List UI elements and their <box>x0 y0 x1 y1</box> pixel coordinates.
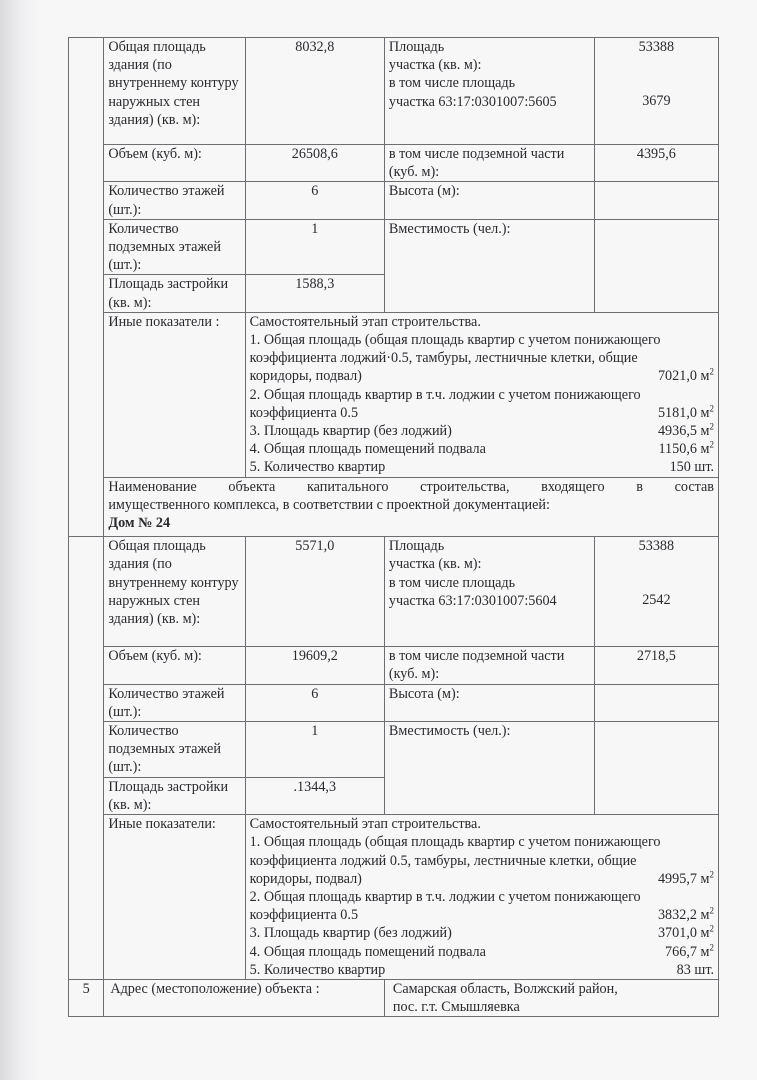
total-area-value: 8032,8 <box>245 38 384 145</box>
other-item-1: 1. Общая площадь (общая площадь квартир … <box>250 833 714 869</box>
volume-value: 26508,6 <box>245 145 384 182</box>
other-item-5-line: 5. Количество квартир83 шт. <box>250 961 714 979</box>
other-item-4-line: 4. Общая площадь помещений подвала766,7 … <box>250 943 714 961</box>
address-label: Адрес (местоположение) объекта : <box>104 979 385 1016</box>
other-item-1-value: 4995,7 м2 <box>658 870 714 888</box>
other-item-2: 2. Общая площадь квартир в т.ч. лоджии с… <box>250 888 714 906</box>
other-item-5: 5. Количество квартир <box>250 961 386 979</box>
table-row: Объем (куб. м): 19609,2 в том числе подз… <box>69 647 719 684</box>
other-item-3-line: 3. Площадь квартир (без лоджий)4936,5 м2 <box>250 422 714 440</box>
plot-area-label-line: участка 63:17:0301007:5605 <box>389 93 590 111</box>
plot-area-values: 53388 2542 <box>594 537 718 647</box>
table-row: Иные показатели: Самостоятельный этап ст… <box>69 815 719 980</box>
floors-value: 6 <box>245 684 384 721</box>
plot-area-label-line: в том числе площадь <box>389 74 590 92</box>
address-line: пос. г.т. Смышляевка <box>393 998 714 1016</box>
other-indicators-label: Иные показатели : <box>104 312 245 477</box>
other-item-3-line: 3. Площадь квартир (без лоджий)3701,0 м2 <box>250 924 714 942</box>
height-value <box>594 182 718 219</box>
other-item-1: 1. Общая площадь (общая площадь квартир … <box>250 331 714 367</box>
total-area-label: Общая площадь здания (по внутреннему кон… <box>104 537 245 647</box>
other-item-2-tail: коэффициента 0.5 <box>250 404 358 422</box>
plot-area-label-line: участка (кв. м): <box>389 555 590 573</box>
address-value: Самарская область, Волжский район, пос. … <box>384 979 718 1016</box>
row-number: 5 <box>69 979 104 1016</box>
other-item-4-value: 1150,6 м2 <box>658 440 714 458</box>
other-item-5: 5. Количество квартир <box>250 458 386 476</box>
capacity-label: Вместимость (чел.): <box>384 219 594 312</box>
plot-area-label-line: участка (кв. м): <box>389 56 590 74</box>
table-row: Иные показатели : Самостоятельный этап с… <box>69 312 719 477</box>
footprint-label: Площадь застройки (кв. м): <box>104 275 245 312</box>
underground-floors-label: Количество подземных этажей (шт.): <box>104 722 245 778</box>
capacity-value <box>594 219 718 312</box>
underground-floors-label: Количество подземных этажей (шт.): <box>104 219 245 275</box>
plot-area-label-line: в том числе площадь <box>389 574 590 592</box>
footprint-value: .1344,3 <box>245 777 384 814</box>
floors-value: 6 <box>245 182 384 219</box>
other-item-3: 3. Площадь квартир (без лоджий) <box>250 422 452 440</box>
table-row: Количество этажей (шт.): 6 Высота (м): <box>69 684 719 721</box>
plot-area-label-line: Площадь <box>389 537 590 555</box>
other-item-5-value: 150 шт. <box>670 458 714 476</box>
underground-floors-value: 1 <box>245 722 384 778</box>
total-area-label: Общая площадь здания (по внутреннему кон… <box>104 38 245 145</box>
other-item-5-line: 5. Количество квартир150 шт. <box>250 458 714 476</box>
height-value <box>594 684 718 721</box>
footprint-value: 1588,3 <box>245 275 384 312</box>
table-row: Количество подземных этажей (шт.): 1 Вме… <box>69 722 719 778</box>
underground-floors-value: 1 <box>245 219 384 275</box>
document-table-wrapper: Общая площадь здания (по внутреннему кон… <box>68 37 719 1017</box>
floors-label: Количество этажей (шт.): <box>104 684 245 721</box>
height-label: Высота (м): <box>384 182 594 219</box>
other-intro: Самостоятельный этап строительства. <box>250 815 714 833</box>
object-heading-line: имущественного комплекса, в соответствии… <box>108 496 714 514</box>
other-item-1-value: 7021,0 м2 <box>658 367 714 385</box>
object-characteristics-table: Общая площадь здания (по внутреннему кон… <box>68 37 719 1017</box>
other-item-4-line: 4. Общая площадь помещений подвала1150,6… <box>250 440 714 458</box>
capacity-label: Вместимость (чел.): <box>384 722 594 815</box>
other-item-2-value: 3832,2 м2 <box>658 906 714 924</box>
other-item-3: 3. Площадь квартир (без лоджий) <box>250 924 452 942</box>
table-row: Общая площадь здания (по внутреннему кон… <box>69 537 719 647</box>
other-item-3-value: 3701,0 м2 <box>658 924 714 942</box>
volume-value: 19609,2 <box>245 647 384 684</box>
other-item-1-tail: коридоры, подвал) <box>250 367 362 385</box>
section-number-cell <box>69 38 104 537</box>
underground-volume-value: 4395,6 <box>594 145 718 182</box>
plot-area-value: 53388 <box>599 537 714 555</box>
other-item-2-line: коэффициента 0.53832,2 м2 <box>250 906 714 924</box>
underground-volume-value: 2718,5 <box>594 647 718 684</box>
height-label: Высота (м): <box>384 684 594 721</box>
plot-sub-area-value: 2542 <box>599 591 714 609</box>
other-item-5-value: 83 шт. <box>677 961 714 979</box>
other-item-1-line: коридоры, подвал)7021,0 м2 <box>250 367 714 385</box>
plot-area-values: 53388 3679 <box>594 38 718 145</box>
capacity-value <box>594 722 718 815</box>
other-indicators-cell: Самостоятельный этап строительства. 1. О… <box>245 312 718 477</box>
other-indicators-cell: Самостоятельный этап строительства. 1. О… <box>245 815 718 980</box>
other-item-4-value: 766,7 м2 <box>665 943 714 961</box>
object-heading-line: Наименование объекта капитального строит… <box>108 478 714 496</box>
other-item-1-line: коридоры, подвал)4995,7 м2 <box>250 870 714 888</box>
floors-label: Количество этажей (шт.): <box>104 182 245 219</box>
table-row: Количество этажей (шт.): 6 Высота (м): <box>69 182 719 219</box>
plot-area-label-line: Площадь <box>389 38 590 56</box>
other-item-2-tail: коэффициента 0.5 <box>250 906 358 924</box>
volume-label: Объем (куб. м): <box>104 647 245 684</box>
volume-label: Объем (куб. м): <box>104 145 245 182</box>
other-item-2: 2. Общая площадь квартир в т.ч. лоджии с… <box>250 386 714 404</box>
table-row: Объем (куб. м): 26508,6 в том числе подз… <box>69 145 719 182</box>
page-edge-shadow <box>0 0 40 1080</box>
other-intro: Самостоятельный этап строительства. <box>250 313 714 331</box>
other-item-1-tail: коридоры, подвал) <box>250 870 362 888</box>
table-row: Наименование объекта капитального строит… <box>69 477 719 537</box>
plot-area-value: 53388 <box>599 38 714 56</box>
other-item-2-value: 5181,0 м2 <box>658 404 714 422</box>
table-row: Количество подземных этажей (шт.): 1 Вме… <box>69 219 719 275</box>
footprint-label: Площадь застройки (кв. м): <box>104 777 245 814</box>
other-item-4: 4. Общая площадь помещений подвала <box>250 440 486 458</box>
other-item-2-line: коэффициента 0.55181,0 м2 <box>250 404 714 422</box>
address-line: Самарская область, Волжский район, <box>393 980 714 998</box>
other-item-4: 4. Общая площадь помещений подвала <box>250 943 486 961</box>
underground-volume-label: в том числе подземной части (куб. м): <box>384 145 594 182</box>
table-row: Общая площадь здания (по внутреннему кон… <box>69 38 719 145</box>
underground-volume-label: в том числе подземной части (куб. м): <box>384 647 594 684</box>
plot-area-label: Площадь участка (кв. м): в том числе пло… <box>384 38 594 145</box>
object-name: Дом № 24 <box>108 515 170 531</box>
plot-area-label-line: участка 63:17:0301007:5604 <box>389 592 590 610</box>
plot-area-label: Площадь участка (кв. м): в том числе пло… <box>384 537 594 647</box>
address-row: 5 Адрес (местоположение) объекта : Самар… <box>69 979 719 1016</box>
total-area-value: 5571,0 <box>245 537 384 647</box>
object-heading-cell: Наименование объекта капитального строит… <box>104 477 719 537</box>
plot-sub-area-value: 3679 <box>599 92 714 110</box>
other-indicators-label: Иные показатели: <box>104 815 245 980</box>
section-number-cell <box>69 537 104 980</box>
other-item-3-value: 4936,5 м2 <box>658 422 714 440</box>
